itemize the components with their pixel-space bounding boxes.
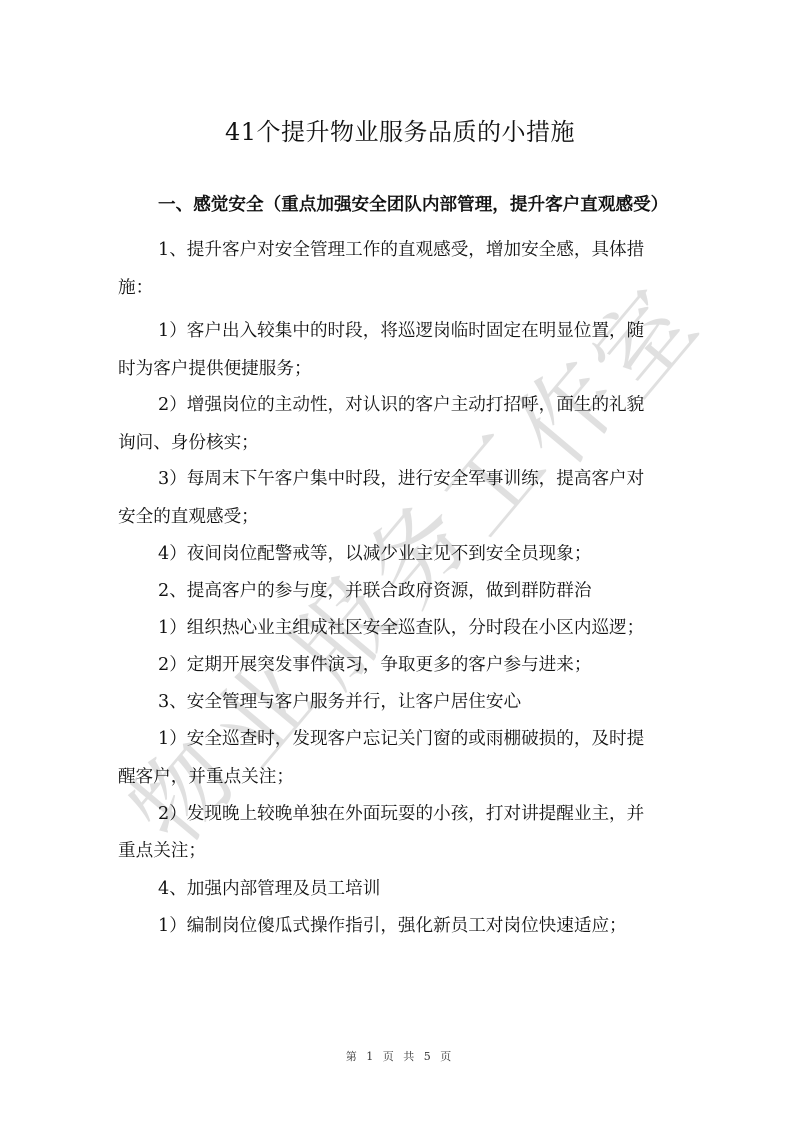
paragraph-line: 4、加强内部管理及员工培训 [158, 876, 686, 902]
document-page: 物 业 服 务 工 作 室 41个提升物业服务品质的小措施 一、感觉安全（重点加… [0, 0, 800, 1131]
paragraph-line: 3、安全管理与客户服务并行，让客户居住安心 [158, 689, 686, 715]
paragraph-line: 1）组织热心业主组成社区安全巡查队，分时段在小区内巡逻； [158, 615, 686, 641]
paragraph-line: 施： [118, 275, 686, 301]
paragraph-line: 2）定期开展突发事件演习，争取更多的客户参与进来； [158, 652, 686, 678]
paragraph-line: 2）发现晚上较晚单独在外面玩耍的小孩，打对讲提醒业主，并 [158, 801, 686, 827]
paragraph-line: 醒客户，并重点关注； [118, 764, 686, 790]
paragraph-line: 1）安全巡查时，发现客户忘记关门窗的或雨棚破损的，及时提 [158, 726, 686, 752]
paragraph-line: 时为客户提供便捷服务； [118, 356, 686, 382]
paragraph-line: 安全的直观感受； [118, 504, 686, 530]
paragraph-line: 2、提高客户的参与度，并联合政府资源，做到群防群治 [158, 578, 686, 604]
paragraph-line: 1）客户出入较集中的时段，将巡逻岗临时固定在明显位置，随 [158, 318, 686, 344]
paragraph-line: 询问、身份核实； [118, 430, 686, 456]
paragraph-line: 1）编制岗位傻瓜式操作指引，强化新员工对岗位快速适应； [158, 913, 686, 939]
paragraph-line: 重点关注； [118, 838, 686, 864]
page-footer: 第 1 页 共 5 页 [0, 1048, 800, 1064]
paragraph-line: 3）每周末下午客户集中时段，进行安全军事训练，提高客户对 [158, 466, 686, 492]
paragraph-line: 2）增强岗位的主动性，对认识的客户主动打招呼，面生的礼貌 [158, 392, 686, 418]
paragraph-line: 4）夜间岗位配警戒等，以减少业主见不到安全员现象； [158, 541, 686, 567]
document-title: 41个提升物业服务品质的小措施 [0, 116, 800, 148]
paragraph-line: 1、提升客户对安全管理工作的直观感受，增加安全感，具体措 [158, 237, 686, 263]
section-heading: 一、感觉安全（重点加强安全团队内部管理，提升客户直观感受） [158, 192, 686, 218]
